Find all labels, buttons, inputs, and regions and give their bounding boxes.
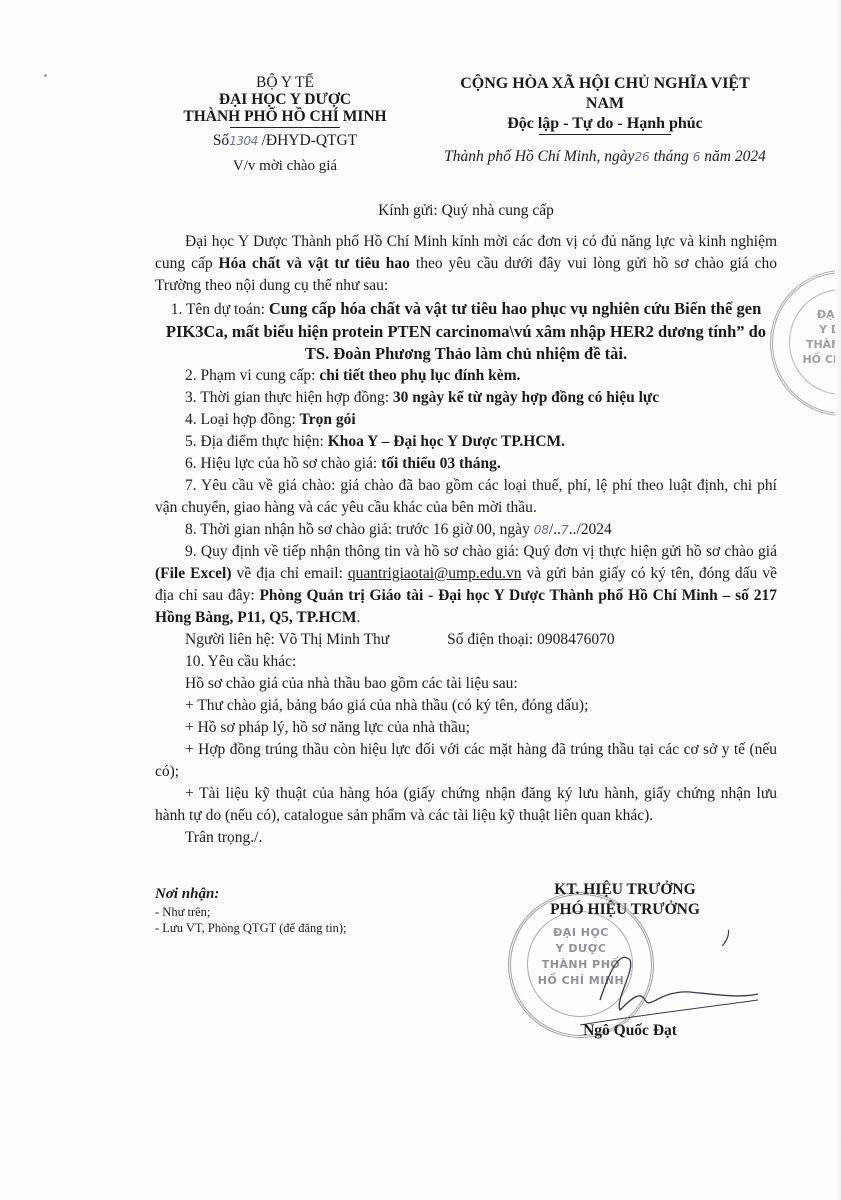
national-header: CỘNG HÒA XÃ HỘI CHỦ NGHĨA VIỆT NAM Độc l… — [440, 74, 770, 167]
submission-end: . — [357, 609, 361, 626]
seal-line: Y DƯỢC — [773, 322, 841, 337]
salutation: Kính gửi: Quý nhà cung cấp — [155, 200, 777, 222]
handwritten-deadline-day: 08 — [534, 523, 549, 537]
university-name-line2: THÀNH PHỐ HỒ CHÍ MINH — [160, 108, 410, 125]
file-format: (File Excel) — [155, 565, 231, 582]
doc-requirement: + Tài liệu kỹ thuật của hàng hóa (giấy c… — [155, 783, 777, 827]
recipient-item: - Lưu VT, Phòng QTGT (để đăng tin); — [155, 920, 346, 936]
item-value: chi tiết theo phụ lục đính kèm. — [319, 367, 520, 384]
seal-line: HỒ CHÍ MINH — [773, 352, 841, 367]
submission-text: 9. Quy định về tiếp nhận thông tin và hồ… — [185, 543, 777, 560]
signature-line1: KT. HIỆU TRƯỞNG — [535, 880, 715, 900]
issuer-header: BỘ Y TẾ ĐẠI HỌC Y DƯỢC THÀNH PHỐ HỒ CHÍ … — [160, 74, 410, 175]
country-name: CỘNG HÒA XÃ HỘI CHỦ NGHĨA VIỆT NAM — [440, 74, 770, 114]
contact-line: Người liên hệ: Võ Thị Minh ThưSố điện th… — [155, 629, 777, 651]
seal-line: ĐẠI HỌC — [773, 307, 841, 322]
deadline-separator: /.. — [549, 521, 561, 538]
item-8-deadline: 8. Thời gian nhận hồ sơ chào giá: trước … — [155, 519, 777, 541]
signer-name: Ngô Quốc Đạt — [560, 1022, 700, 1040]
side-seal-text: ĐẠI HỌC Y DƯỢC THÀNH PHỐ HỒ CHÍ MINH — [773, 307, 841, 367]
number-suffix: /ĐHYD-QTGT — [262, 132, 358, 149]
item-value: Khoa Y – Đại học Y Dược TP.HCM. — [328, 433, 565, 450]
item-value: tối thiểu 03 tháng. — [381, 455, 501, 472]
item-label: 1. Tên dự toán: — [171, 301, 269, 318]
university-name-line1: ĐẠI HỌC Y DƯỢC — [160, 91, 410, 108]
item-label: 3. Thời gian thực hiện hợp đồng: — [185, 389, 393, 406]
document-subject: V/v mời chào giá — [160, 158, 410, 175]
signature-title: KT. HIỆU TRƯỞNG PHÓ HIỆU TRƯỞNG — [535, 880, 715, 920]
document-number: Số1304 /ĐHYD-QTGT — [160, 132, 410, 150]
handwritten-signature — [560, 930, 760, 1030]
recipients-block: Nơi nhận: - Như trên; - Lưu VT, Phòng QT… — [155, 886, 346, 936]
date-prefix: Thành phố Hồ Chí Minh, ngày — [444, 148, 634, 165]
ministry-name: BỘ Y TẾ — [160, 74, 410, 91]
docs-intro: Hồ sơ chào giá của nhà thầu bao gồm các … — [155, 673, 777, 695]
item-label: 4. Loại hợp đồng: — [185, 411, 300, 428]
doc-requirement: + Thư chào giá, bảng báo giá của nhà thầ… — [155, 695, 777, 717]
item-10-other: 10. Yêu cầu khác: — [155, 651, 777, 673]
signature-line2: PHÓ HIỆU TRƯỞNG — [535, 900, 715, 920]
recipients-title: Nơi nhận: — [155, 886, 346, 902]
contact-person: Người liên hệ: Võ Thị Minh Thư — [185, 631, 389, 648]
motto-divider — [539, 134, 671, 135]
scan-edge — [835, 0, 841, 1200]
handwritten-month: 6 — [693, 150, 701, 164]
closing: Trân trọng./. — [155, 827, 777, 849]
header-divider — [230, 127, 340, 128]
year-label: năm 2024 — [704, 148, 766, 165]
intro-highlight: Hóa chất và vật tư tiêu hao — [219, 255, 410, 272]
item-2-scope: 2. Phạm vi cung cấp: chi tiết theo phụ l… — [155, 365, 777, 387]
contact-phone: Số điện thoại: 0908476070 — [417, 629, 614, 651]
handwritten-number: 1304 — [229, 134, 258, 148]
letter-body: Kính gửi: Quý nhà cung cấp Đại học Y Dượ… — [155, 200, 777, 849]
deadline-text: 8. Thời gian nhận hồ sơ chào giá: trước … — [185, 521, 534, 538]
item-label: 6. Hiệu lực của hồ sơ chào giá: — [185, 455, 381, 472]
item-label: 5. Địa điểm thực hiện: — [185, 433, 328, 450]
item-value: Trọn gói — [300, 411, 356, 428]
item-9-submission: 9. Quy định về tiếp nhận thông tin và hồ… — [155, 541, 777, 629]
item-value: 30 ngày kể từ ngày hợp đồng có hiệu lực — [393, 389, 659, 406]
national-motto: Độc lập - Tự do - Hạnh phúc — [440, 114, 770, 134]
email-link[interactable]: quantrigiaotai@ump.edu.vn — [348, 565, 522, 582]
intro-paragraph: Đại học Y Dược Thành phố Hồ Chí Minh kín… — [155, 231, 777, 297]
item-1-project-name: 1. Tên dự toán: Cung cấp hóa chất và vật… — [155, 298, 777, 365]
handwritten-deadline-month: 7 — [561, 523, 569, 537]
item-label: 2. Phạm vi cung cấp: — [185, 367, 319, 384]
item-5-location: 5. Địa điểm thực hiện: Khoa Y – Đại học … — [155, 431, 777, 453]
deadline-year: ../2024 — [569, 521, 612, 538]
item-3-duration: 3. Thời gian thực hiện hợp đồng: 30 ngày… — [155, 387, 777, 409]
scan-speck — [44, 74, 47, 77]
month-label: tháng — [654, 148, 689, 165]
submission-text: về địa chỉ email: — [231, 565, 347, 582]
item-6-validity: 6. Hiệu lực của hồ sơ chào giá: tối thiể… — [155, 453, 777, 475]
document-date: Thành phố Hồ Chí Minh, ngày26 tháng 6 nă… — [440, 147, 770, 167]
side-seal-stamp: ĐẠI HỌC Y DƯỢC THÀNH PHỐ HỒ CHÍ MINH — [770, 270, 841, 416]
recipient-item: - Như trên; — [155, 904, 346, 920]
item-7-price-requirements: 7. Yêu cầu về giá chào: giá chào đã bao … — [155, 475, 777, 519]
seal-line: THÀNH PHỐ — [773, 337, 841, 352]
document-page: BỘ Y TẾ ĐẠI HỌC Y DƯỢC THÀNH PHỐ HỒ CHÍ … — [0, 0, 841, 1200]
number-prefix: Số — [213, 132, 229, 149]
item-4-contract-type: 4. Loại hợp đồng: Trọn gói — [155, 409, 777, 431]
doc-requirement: + Hợp đồng trúng thầu còn hiệu lực đối v… — [155, 739, 777, 783]
handwritten-day: 26 — [634, 150, 649, 164]
doc-requirement: + Hồ sơ pháp lý, hồ sơ năng lực của nhà … — [155, 717, 777, 739]
